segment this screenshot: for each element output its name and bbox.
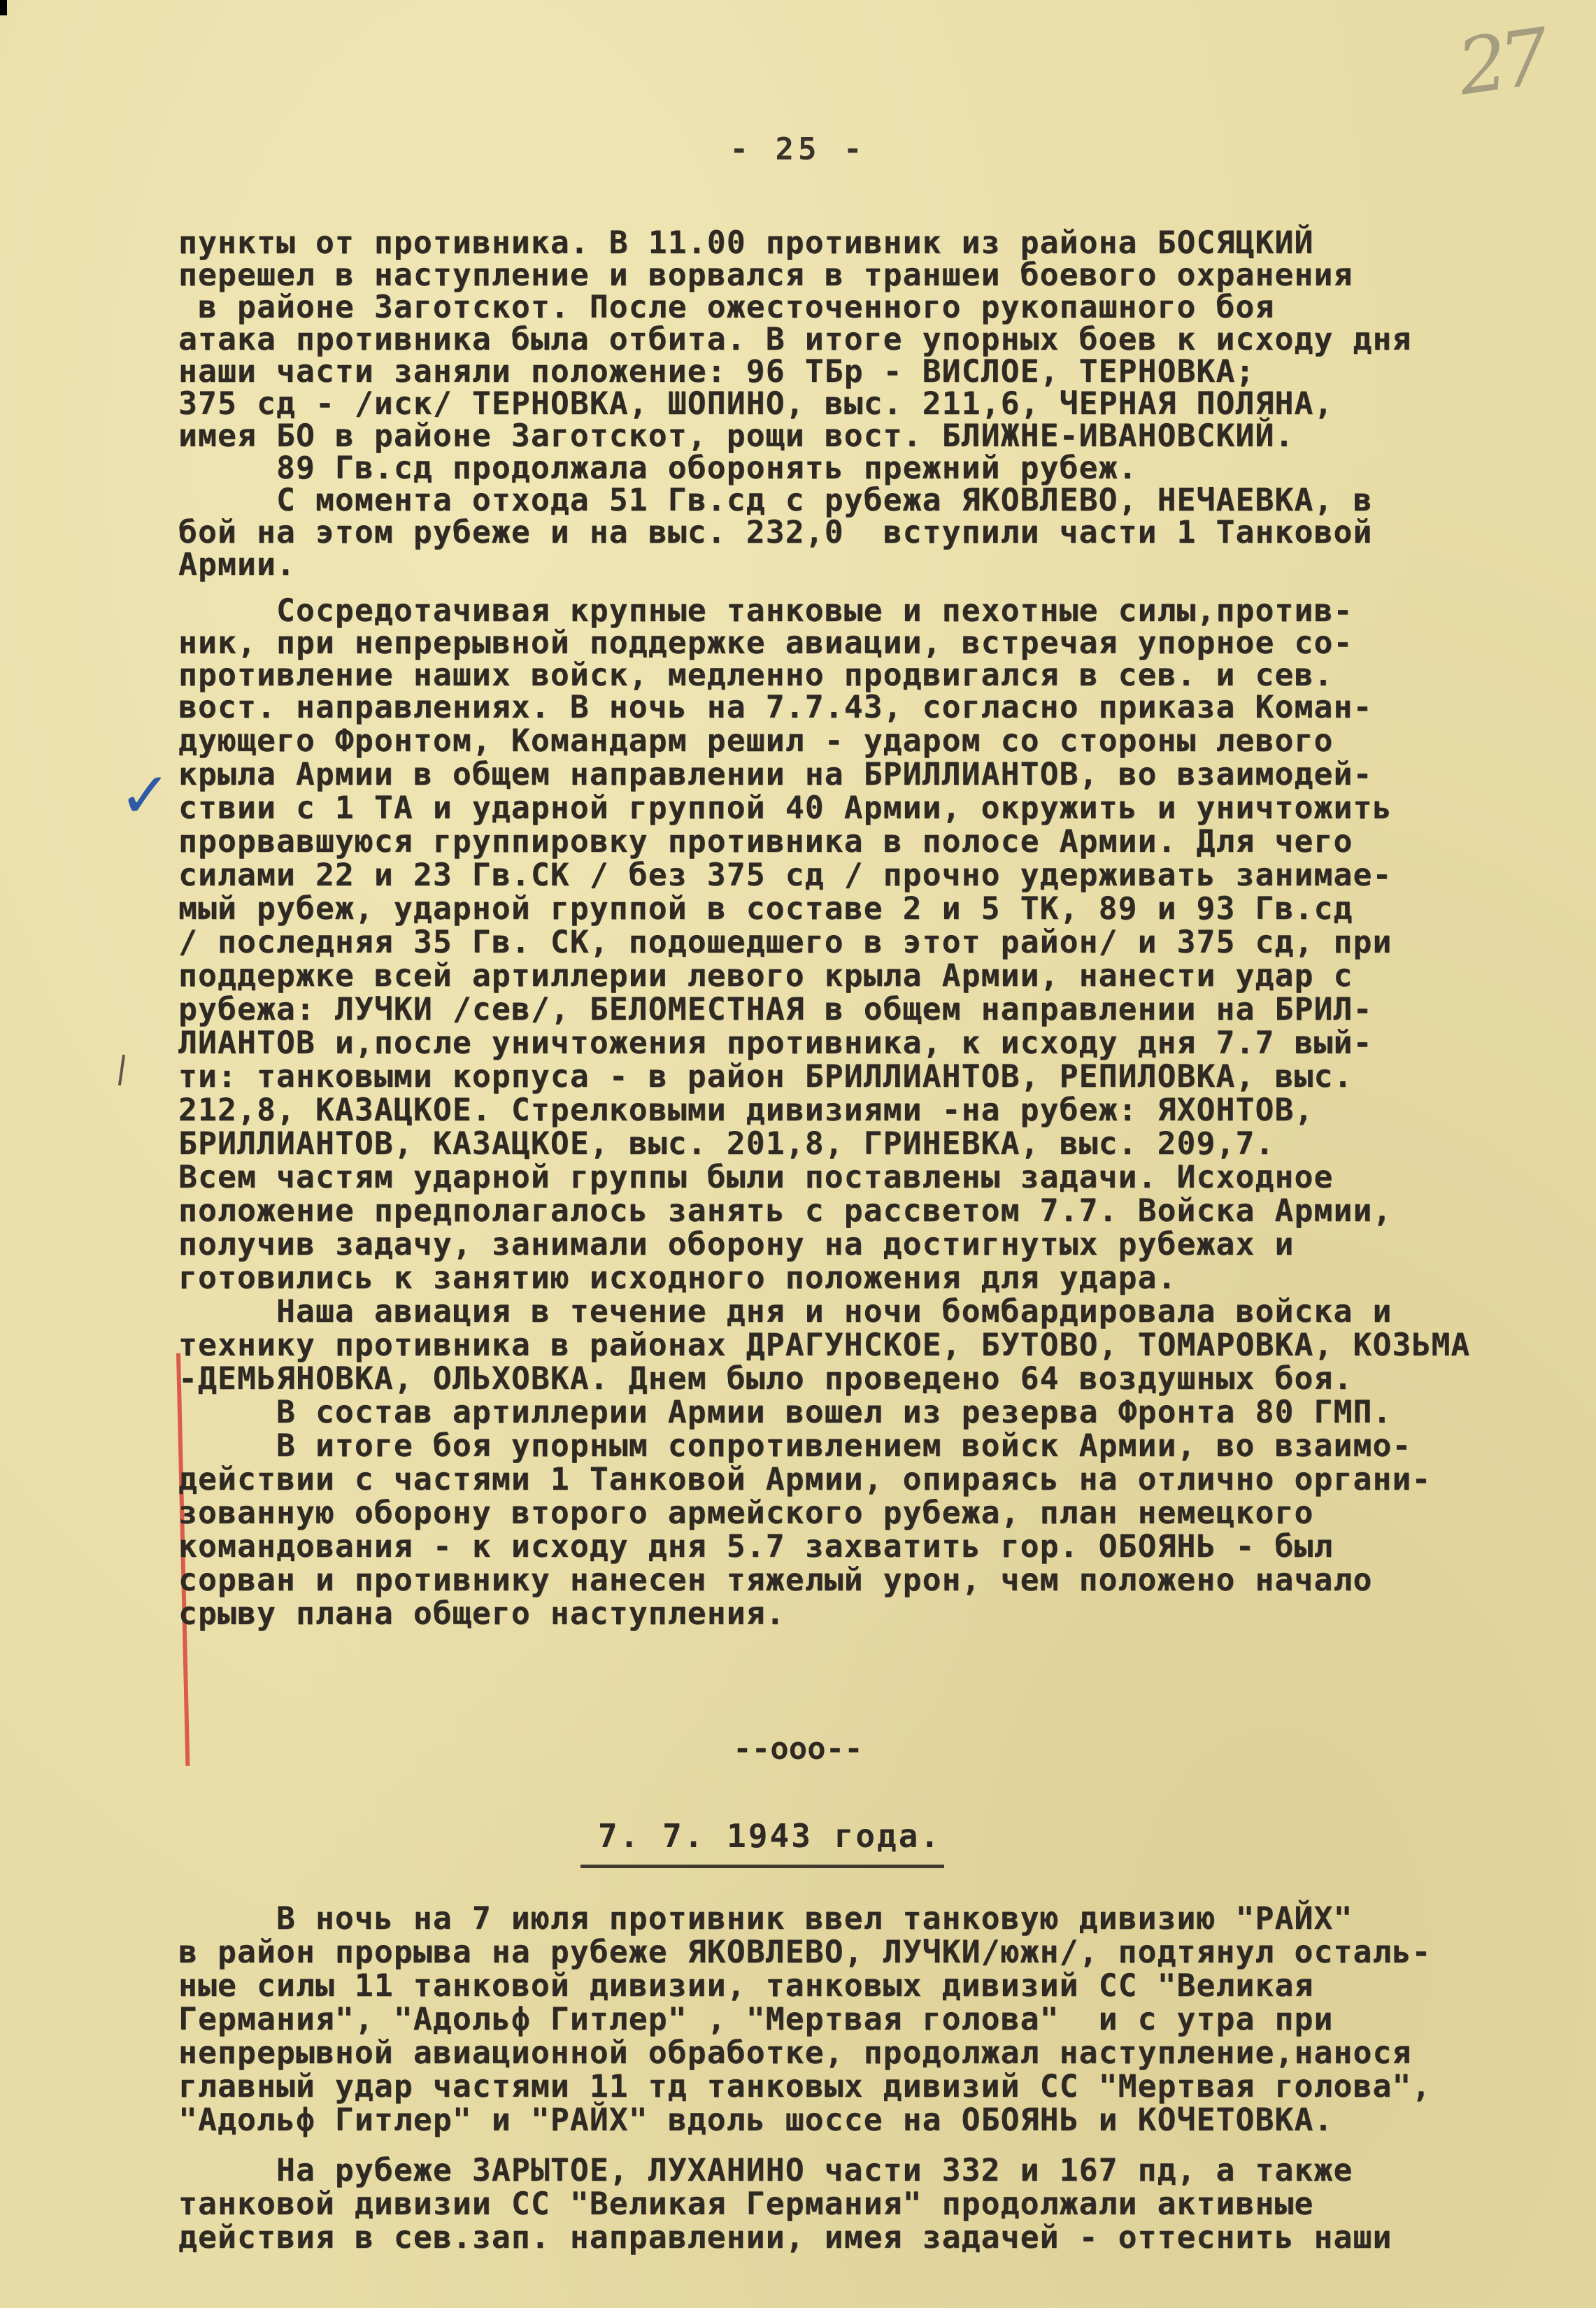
text-line: получив задачу, занимали оборону на дост…	[178, 1227, 1295, 1262]
text-line: ти: танковыми корпуса - в район БРИЛЛИАН…	[178, 1059, 1353, 1095]
text-line: бой на этом рубеже и на выс. 232,0 вступ…	[178, 515, 1372, 550]
text-line: ЛИАНТОВ и,после уничтожения противника, …	[178, 1025, 1372, 1061]
text-line: имея БО в районе Заготскот, рощи вост. Б…	[178, 418, 1295, 454]
text-line: Всем частям ударной группы были поставле…	[178, 1160, 1333, 1195]
text-line: в районе Заготскот. После ожесточенного …	[178, 290, 1275, 325]
text-line: дующего Фронтом, Командарм решил - ударо…	[178, 723, 1333, 759]
text-line: На рубеже ЗАРЫТОЕ, ЛУХАНИНО части 332 и …	[178, 2153, 1353, 2188]
text-line: пункты от противника. В 11.00 противник …	[178, 225, 1314, 261]
text-line: действия в сев.зап. направлении, имея за…	[178, 2220, 1392, 2256]
text-line: действии с частями 1 Танковой Армии, опи…	[178, 1462, 1431, 1497]
text-line: В состав артиллерии Армии вошел из резер…	[178, 1395, 1392, 1430]
text-line: технику противника в районах ДРАГУНСКОЕ,…	[178, 1327, 1470, 1363]
text-line: главный удар частями 11 тд танковых диви…	[178, 2069, 1431, 2104]
text-line: 89 Гв.сд продолжала оборонять прежний ру…	[178, 450, 1138, 486]
text-line: срыву плана общего наступления.	[178, 1596, 785, 1632]
text-line: Германия", "Адольф Гитлер" , "Мертвая го…	[178, 2002, 1333, 2037]
text-line: С момента отхода 51 Гв.сд с рубежа ЯКОВЛ…	[178, 483, 1372, 518]
text-line: Сосредотачивая крупные танковые и пехотн…	[178, 593, 1353, 629]
text-line: БРИЛЛИАНТОВ, КАЗАЦКОЕ, выс. 201,8, ГРИНЕ…	[178, 1126, 1275, 1162]
text-line: атака противника была отбита. В итоге уп…	[178, 322, 1411, 357]
text-line: В ночь на 7 июля противник ввел танковую…	[178, 1901, 1353, 1937]
text-line: поддержке всей артиллерии левого крыла А…	[178, 958, 1353, 994]
text-line: Армии.	[178, 547, 296, 583]
text-line: перешел в наступление и ворвался в транш…	[178, 257, 1353, 293]
text-line: вост. направлениях. В ночь на 7.7.43, со…	[178, 690, 1372, 725]
text-line: 212,8, КАЗАЦКОЕ. Стрелковыми дивизиями -…	[178, 1092, 1314, 1128]
text-line: Наша авиация в течение дня и ночи бомбар…	[178, 1294, 1392, 1330]
text-line: ник, при непрерывной поддержке авиации, …	[178, 625, 1353, 661]
text-line: прорвавшуюся группировку противника в по…	[178, 824, 1353, 860]
text-line: "Адольф Гитлер" и "РАЙХ" вдоль шоссе на …	[178, 2102, 1333, 2138]
text-line: в район прорыва на рубеже ЯКОВЛЕВО, ЛУЧК…	[178, 1935, 1431, 1970]
pencil-tick-mark	[118, 1055, 125, 1085]
blue-check-icon: ✓	[119, 759, 171, 832]
scan-corner-mark	[0, 0, 7, 15]
text-line: противление наших войск, медленно продви…	[178, 657, 1333, 693]
text-line: крыла Армии в общем направлении на БРИЛЛ…	[178, 757, 1372, 792]
text-line: рубежа: ЛУЧКИ /сев/, БЕЛОМЕСТНАЯ в общем…	[178, 992, 1372, 1027]
text-line: В итоге боя упорным сопротивлением войск…	[178, 1428, 1411, 1464]
text-line: командования - к исходу дня 5.7 захватит…	[178, 1529, 1333, 1565]
text-line: ствии с 1 ТА и ударной группой 40 Армии,…	[178, 790, 1392, 826]
page-number: - 25 -	[0, 131, 1596, 167]
text-line: положение предполагалось занять с рассве…	[178, 1193, 1392, 1229]
text-line: сорван и противнику нанесен тяжелый урон…	[178, 1562, 1372, 1598]
text-line: -ДЕМЬЯНОВКА, ОЛЬХОВКА. Днем было проведе…	[178, 1361, 1353, 1397]
document-page: 27 - 25 - ✓ пункты от противника. В 11.0…	[0, 0, 1596, 2308]
text-line: зованную оборону второго армейского рубе…	[178, 1495, 1314, 1531]
date-heading: 7. 7. 1943 года.	[598, 1817, 941, 1855]
text-line: мый рубеж, ударной группой в составе 2 и…	[178, 891, 1353, 927]
text-line: 375 сд - /иск/ ТЕРНОВКА, ШОПИНО, выс. 21…	[178, 386, 1333, 422]
text-line: танковой дивизии СС "Великая Германия" п…	[178, 2186, 1314, 2222]
text-line: ные силы 11 танковой дивизии, танковых д…	[178, 1968, 1314, 2004]
text-line: / последняя 35 Гв. СК, подошедшего в это…	[178, 925, 1392, 960]
section-divider: --ooo--	[0, 1731, 1596, 1767]
text-line: готовились к занятию исходного положения…	[178, 1260, 1177, 1296]
text-line: непрерывной авиационной обработке, продо…	[178, 2035, 1411, 2071]
pencil-folio-number: 27	[1453, 12, 1548, 112]
date-heading-underline	[580, 1865, 944, 1868]
text-line: наши части заняли положение: 96 ТБр - ВИ…	[178, 354, 1255, 390]
text-line: силами 22 и 23 Гв.СК / без 375 сд / проч…	[178, 857, 1392, 893]
